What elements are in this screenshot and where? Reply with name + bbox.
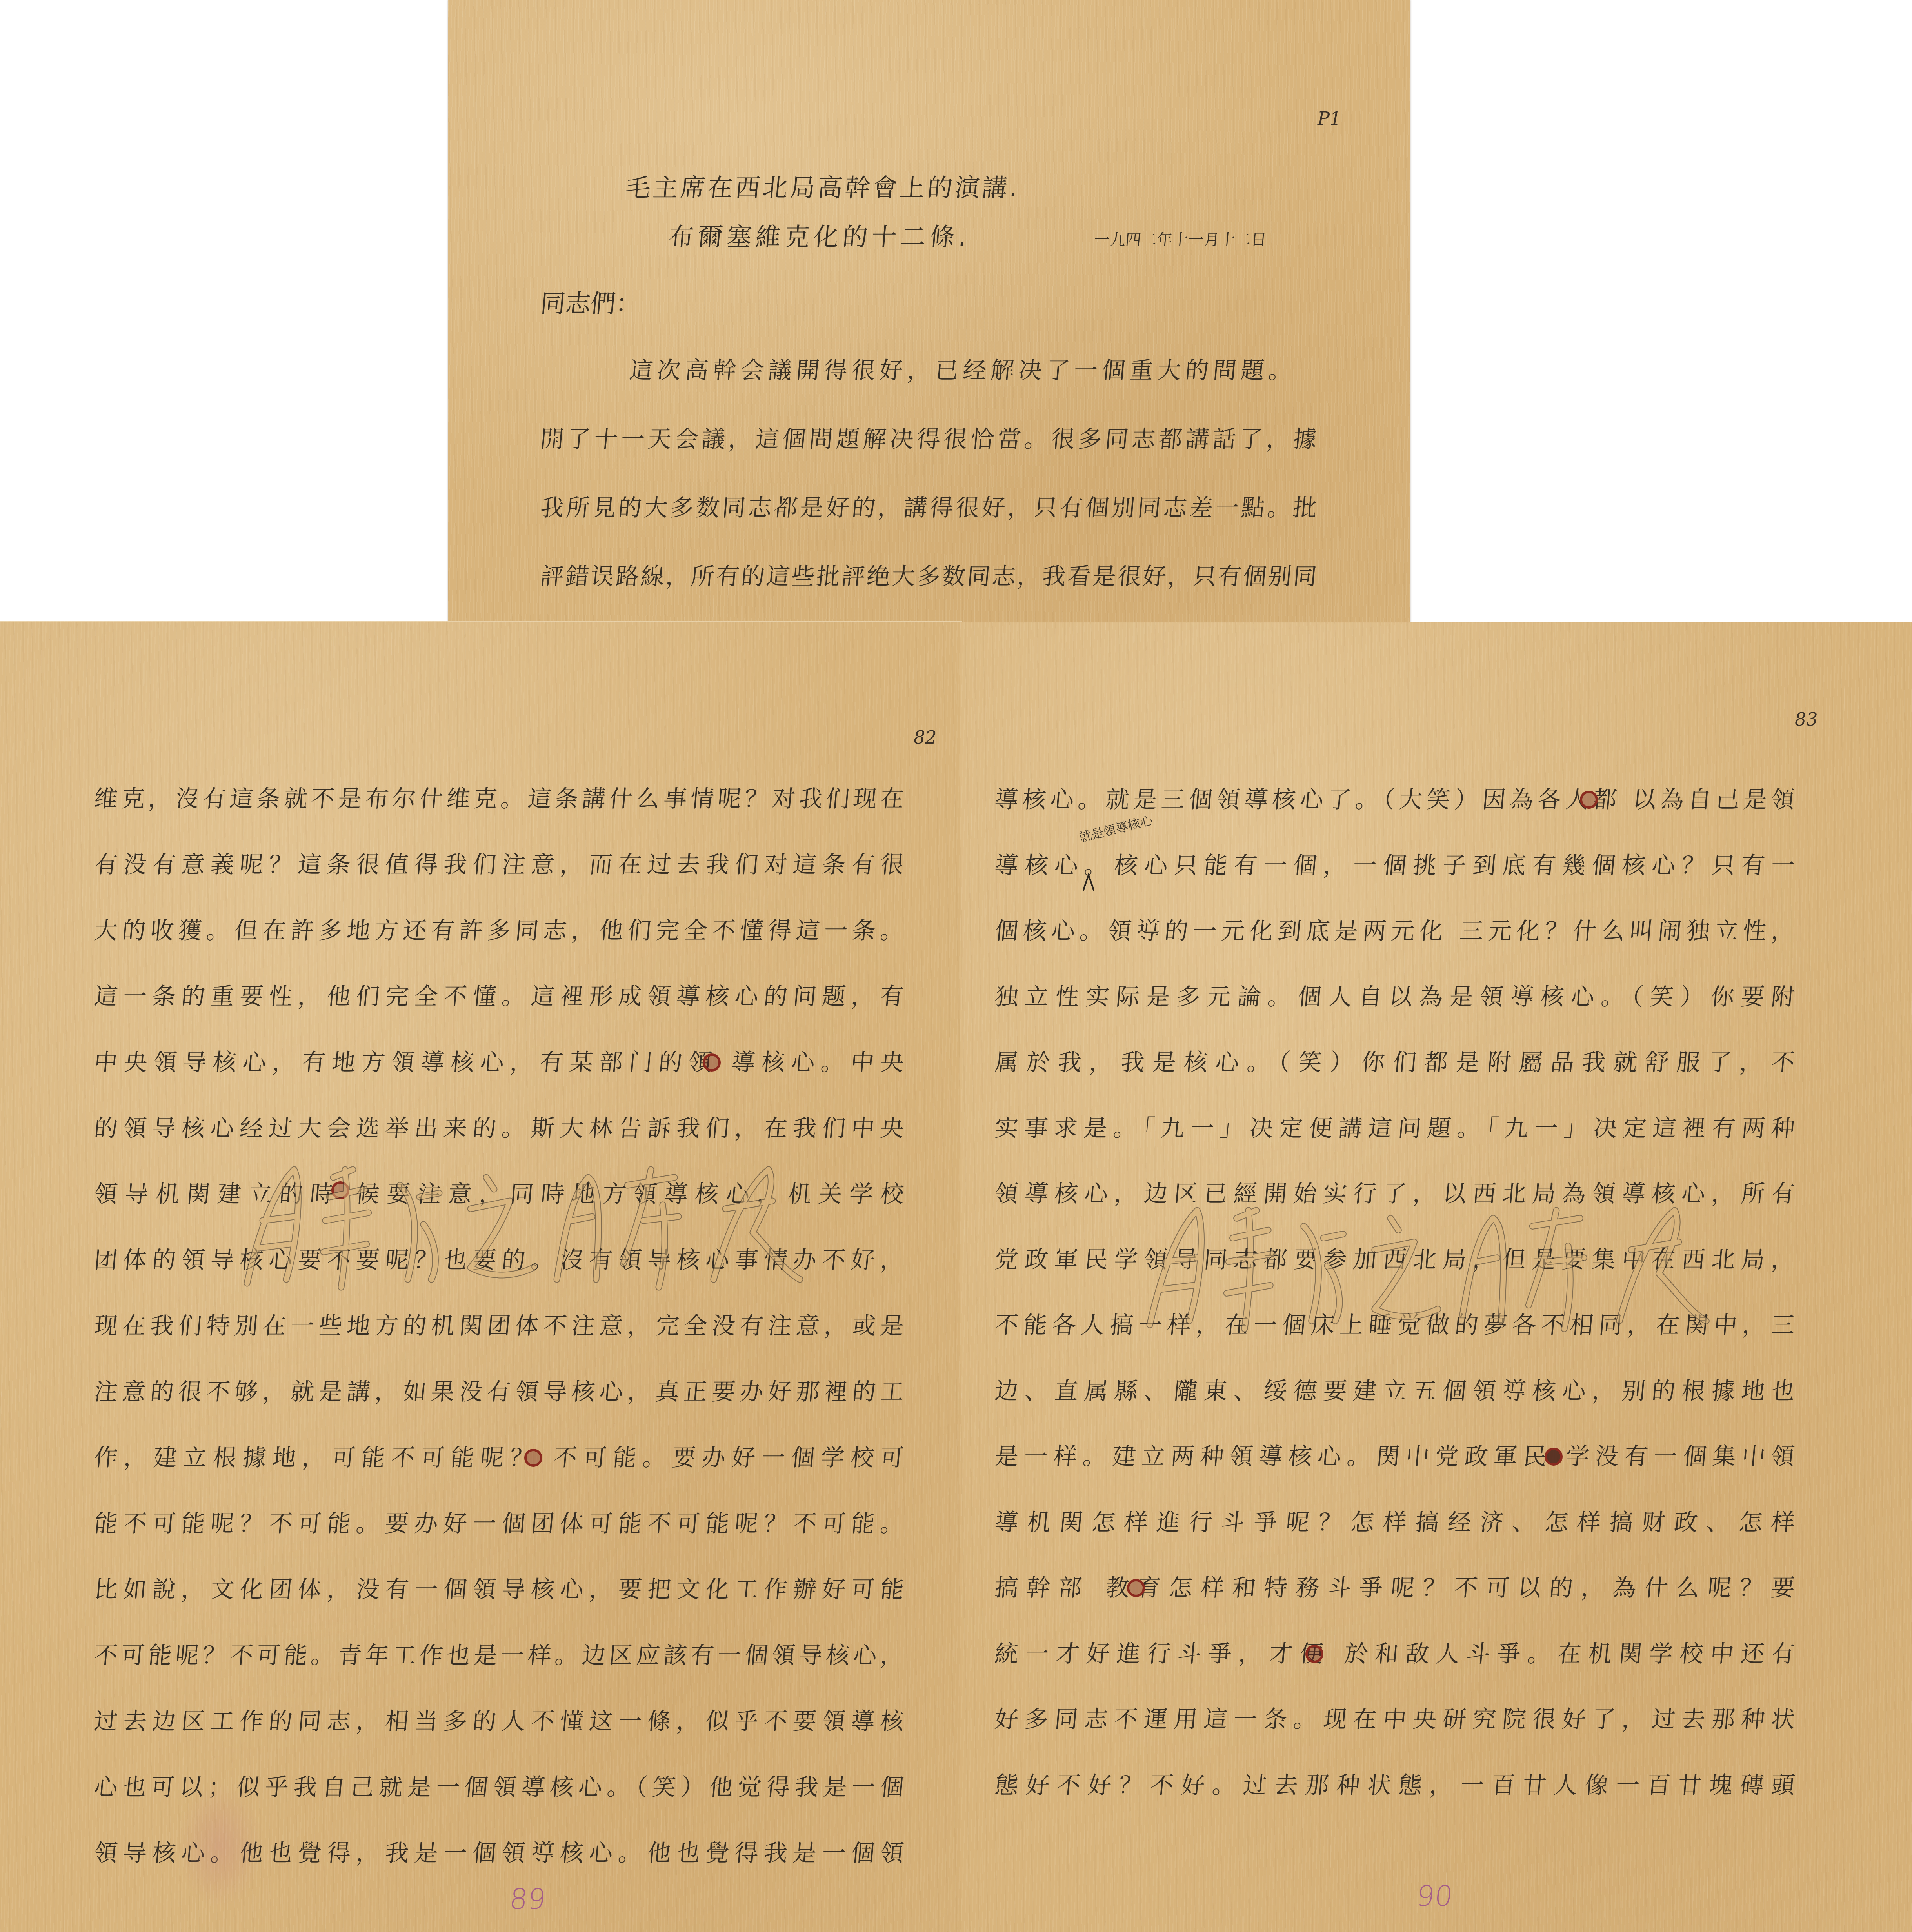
manuscript-line: 領導核心，边区已經開始实行了，以西北局為領導核心，所有 xyxy=(994,1178,1796,1210)
correction-mark xyxy=(1127,1579,1145,1597)
page-label: P1 xyxy=(1318,108,1341,129)
manuscript-line: 大的收獲。但在許多地方还有許多同志，他们完全不懂得這一条。 xyxy=(93,915,905,946)
manuscript-line: 能不可能呢？不可能。要办好一個团体可能不可能呢？不可能。 xyxy=(93,1508,905,1539)
manuscript-line: 的領导核心经过大会选举出来的。斯大林告訴我们，在我们中央 xyxy=(93,1113,905,1144)
manuscript-line: 有没有意義呢？這条很值得我们注意，而在过去我们对這条有很 xyxy=(93,849,905,880)
manuscript-line: 团体的領导核心要不要呢？也要的。沒有領导核心事情办不好， xyxy=(93,1244,905,1276)
manuscript-line: 注意的很不够，就是講，如果没有領导核心，真正要办好那裡的工 xyxy=(93,1376,905,1408)
manuscript-line: 這次高幹会議開得很好，已经解决了一個重大的問題。 xyxy=(628,355,1294,386)
manuscript-line: 這一条的重要性，他们完全不懂。這裡形成領導核心的问题，有 xyxy=(93,981,905,1012)
manuscript-line: 導核心。就是三個領導核心了。（大笑）因為各人都 以為自己是領 xyxy=(994,784,1796,815)
manuscript-line: 導核心。核心只能有一個，一個挑子到底有幾個核心？只有一 xyxy=(994,850,1796,881)
manuscript-line: 統一才好進行斗爭，才便 於和敌人斗爭。在机関学校中还有 xyxy=(994,1638,1796,1670)
correction-mark xyxy=(1545,1448,1563,1466)
correction-mark xyxy=(331,1181,349,1199)
archive-page-number: 90 xyxy=(1415,1879,1454,1912)
manuscript-line: 现在我们特别在一些地方的机関团体不注意，完全没有注意，或是 xyxy=(93,1310,905,1342)
manuscript-line: 態好不好？不好。过去那种状態，一百廿人像一百廿塊磚頭 xyxy=(994,1770,1796,1801)
page-label: 83 xyxy=(1795,709,1818,730)
manuscript-line: 我所見的大多数同志都是好的，講得很好，只有個别同志差一點。批 xyxy=(539,492,1318,524)
manuscript-line: 搞幹部 教育怎样和特務斗爭呢？不可以的，為什么呢？要 xyxy=(994,1572,1796,1604)
document-date: 一九四二年十一月十二日 xyxy=(1093,224,1268,256)
manuscript-line: 不可能呢？不可能。青年工作也是一样。边区应該有一個領导核心， xyxy=(93,1640,905,1671)
salutation: 同志們： xyxy=(539,288,642,320)
manuscript-line: 边、直属縣、隴東、绥德要建立五個領導核心，别的根據地也 xyxy=(994,1375,1796,1407)
manuscript-line: 比如說，文化团体，没有一個領导核心，要把文化工作辦好可能 xyxy=(93,1574,905,1605)
correction-mark xyxy=(703,1053,721,1072)
paper-stain xyxy=(176,1783,263,1908)
archive-page-number: 89 xyxy=(508,1883,547,1916)
document-title: 毛主席在西北局高幹會上的演講. xyxy=(624,173,1019,204)
manuscript-line: 個核心。領導的一元化到底是两元化 三元化？什么叫闹独立性， xyxy=(994,915,1796,947)
manuscript-line: 不能各人搞一样，在一個床上睡觉做的夢各不相同，在関中，三 xyxy=(994,1310,1796,1341)
manuscript-line: 作，建立根據地，可能不可能呢？ 不可能。要办好一個学校可 xyxy=(93,1442,905,1474)
manuscript-line: 过去边区工作的同志，相当多的人不懂这一條，似乎不要領導核 xyxy=(93,1706,905,1737)
manuscript-line: 实事求是。「九一」决定便講這问題。「九一」决定這裡有两种 xyxy=(994,1113,1796,1144)
manuscript-page-left: 82 维克，沒有這条就不是布尔什维克。這条講什么事情呢？对我们现在 有没有意義呢… xyxy=(0,621,962,1932)
manuscript-line: 評錯误路線，所有的這些批評绝大多数同志，我看是很好，只有個别同 xyxy=(539,561,1318,592)
manuscript-line: 党政軍民学領导同志都要参加西北局，但是要集中在西北局， xyxy=(994,1244,1796,1275)
manuscript-line: 中央領导核心，有地方領導核心，有某部门的領 導核心。中央 xyxy=(93,1047,905,1078)
manuscript-line: 独立性实际是多元論。個人自以為是領導核心。（笑）你要附 xyxy=(994,981,1796,1013)
correction-mark xyxy=(1305,1645,1323,1663)
correction-mark xyxy=(1580,791,1598,809)
manuscript-page-right: 83 導核心。就是三個領導核心了。（大笑）因為各人都 以為自己是領 就是領導核心… xyxy=(960,622,1912,1932)
manuscript-page-top: P1 毛主席在西北局高幹會上的演講. 布爾塞維克化的十二條. 一九四二年十一月十… xyxy=(448,0,1410,628)
manuscript-line: 维克，沒有這条就不是布尔什维克。這条講什么事情呢？对我们现在 xyxy=(93,783,905,815)
manuscript-line: 開了十一天会議，這個問題解决得很恰當。很多同志都講話了，據 xyxy=(539,424,1318,455)
correction-mark xyxy=(524,1449,542,1467)
page-label: 82 xyxy=(914,727,937,748)
document-subtitle: 布爾塞維克化的十二條. xyxy=(667,222,968,253)
insertion-annotation: 就是領導核心 xyxy=(1077,810,1154,846)
manuscript-line: 属於我，我是核心。（笑）你们都是附屬品我就舒服了，不 xyxy=(994,1047,1796,1078)
manuscript-line: 是一样。建立两种領導核心。関中党政軍民 学没有一個集中領 xyxy=(994,1441,1796,1472)
manuscript-line: 導机関怎样進行斗爭呢？怎样搞经济、怎样搞财政、怎样 xyxy=(994,1507,1796,1538)
manuscript-line: 領导机関建立的時 候要注意，同時地方領導核心，机关学校 xyxy=(93,1179,905,1210)
manuscript-line: 好多同志不運用這一条。现在中央研究院很好了，过去那种状 xyxy=(994,1704,1796,1735)
